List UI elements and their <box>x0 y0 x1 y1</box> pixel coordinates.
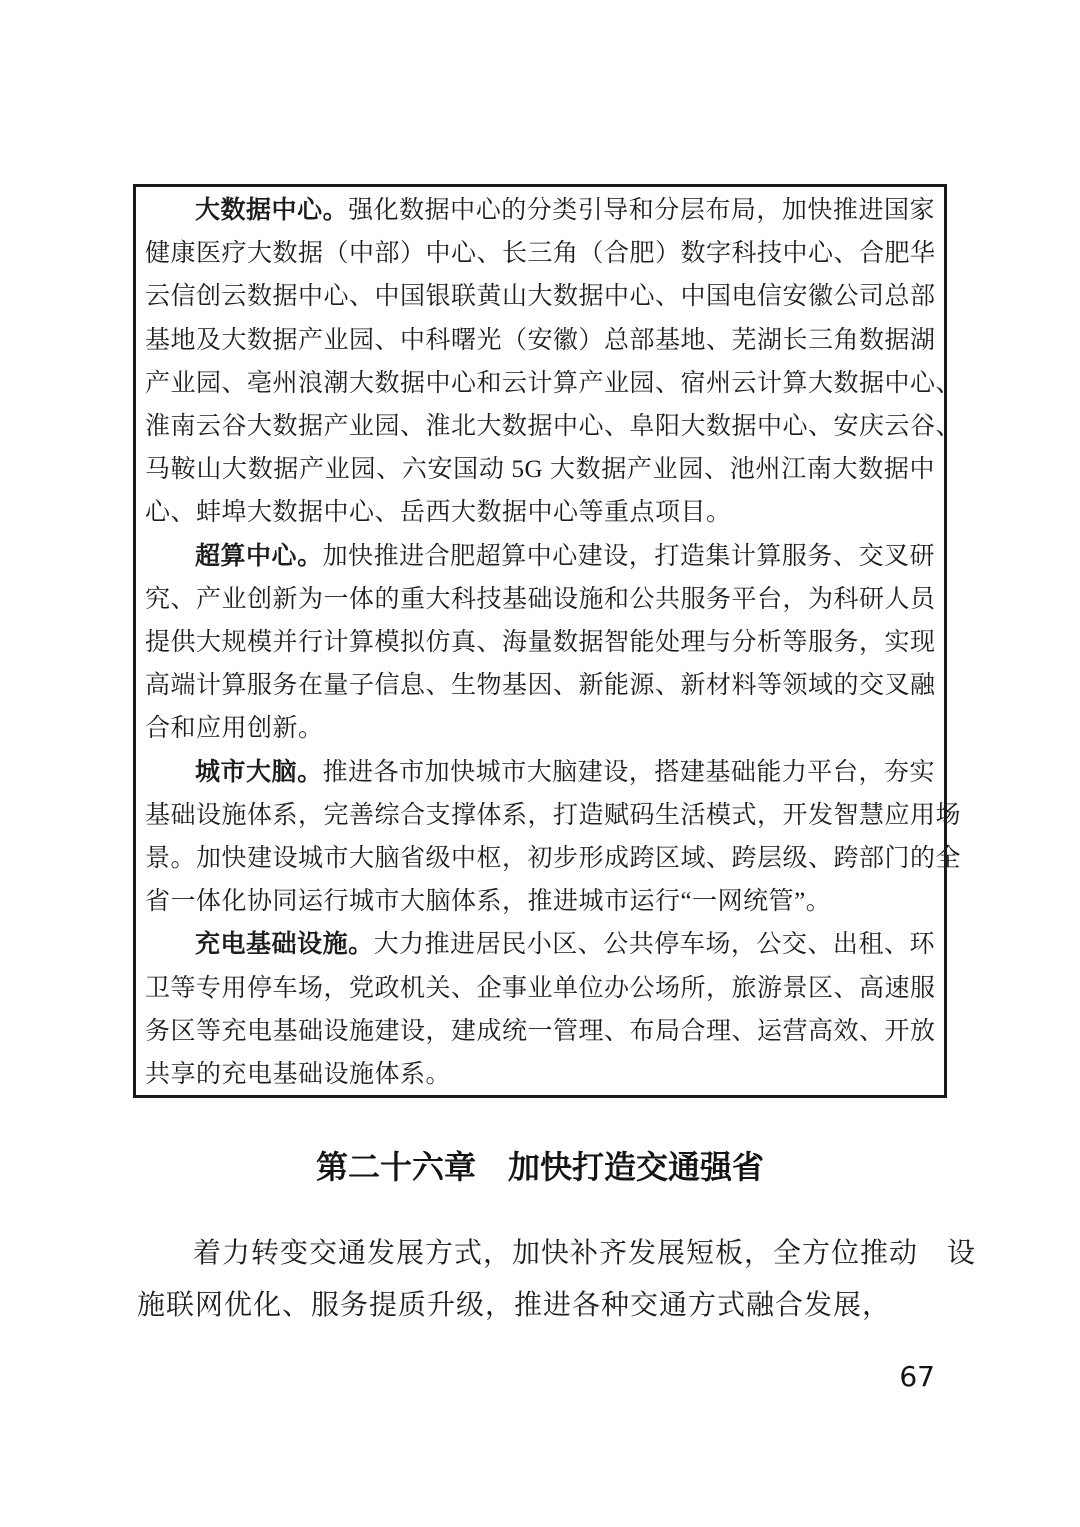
text-line: 马鞍山大数据产业园、六安国动 5G 大数据产业园、池州江南大数据中 <box>145 448 935 491</box>
text-line: 景。加快建设城市大脑省级中枢，初步形成跨区域、跨层级、跨部门的全 <box>145 837 935 880</box>
body-paragraph: 着力转变交通发展方式，加快补齐发展短板，全方位推动 设施联网优化、服务提质升级，… <box>137 1228 943 1332</box>
text-line: 基地及大数据产业园、中科曙光（安徽）总部基地、芜湖长三角数据湖 <box>145 319 935 362</box>
line-text: 淮南云谷大数据产业园、淮北大数据中心、阜阳大数据中心、安庆云谷、 <box>145 413 961 440</box>
page-number: 67 <box>899 1360 935 1393</box>
text-line: 省一体化协同运行城市大脑体系，推进城市运行“一网统管”。 <box>145 880 935 923</box>
text-line: 高端计算服务在量子信息、生物基因、新能源、新材料等领域的交叉融 <box>145 664 935 707</box>
text-line: 云信创云数据中心、中国银联黄山大数据中心、中国电信安徽公司总部 <box>145 275 935 318</box>
line-text: 卫等专用停车场，党政机关、企事业单位办公场所，旅游景区、高速服 <box>145 975 936 1002</box>
line-text: 究、产业创新为一体的重大科技基础设施和公共服务平台，为科研人员 <box>145 586 936 613</box>
box-paragraph: 城市大脑。推进各市加快城市大脑建设，搭建基础能力平台，夯实基础设施体系，完善综合… <box>145 751 935 924</box>
line-text: 共享的充电基础设施体系。 <box>145 1061 451 1088</box>
text-line: 合和应用创新。 <box>145 707 935 750</box>
line-text: 省一体化协同运行城市大脑体系，推进城市运行“一网统管”。 <box>145 888 831 915</box>
box-paragraph: 超算中心。加快推进合肥超算中心建设，打造集计算服务、交叉研究、产业创新为一体的重… <box>145 535 935 751</box>
line-text: 云信创云数据中心、中国银联黄山大数据中心、中国电信安徽公司总部 <box>145 283 936 310</box>
key-projects-box: 大数据中心。强化数据中心的分类引导和分层布局，加快推进国家健康医疗大数据（中部）… <box>133 184 947 1098</box>
text-line: 大数据中心。强化数据中心的分类引导和分层布局，加快推进国家 <box>145 189 935 232</box>
text-line: 超算中心。加快推进合肥超算中心建设，打造集计算服务、交叉研 <box>145 535 935 578</box>
line-text: 心、蚌埠大数据中心、岳西大数据中心等重点项目。 <box>145 499 732 526</box>
text-line: 卫等专用停车场，党政机关、企事业单位办公场所，旅游景区、高速服 <box>145 967 935 1010</box>
document-page: 大数据中心。强化数据中心的分类引导和分层布局，加快推进国家健康医疗大数据（中部）… <box>0 0 1080 1527</box>
text-line: 究、产业创新为一体的重大科技基础设施和公共服务平台，为科研人员 <box>145 578 935 621</box>
line-text: 加快推进合肥超算中心建设，打造集计算服务、交叉研 <box>323 543 935 570</box>
line-text: 高端计算服务在量子信息、生物基因、新能源、新材料等领域的交叉融 <box>145 672 936 699</box>
box-paragraph: 大数据中心。强化数据中心的分类引导和分层布局，加快推进国家健康医疗大数据（中部）… <box>145 189 935 535</box>
line-text: 马鞍山大数据产业园、六安国动 5G 大数据产业园、池州江南大数据中 <box>145 456 935 483</box>
line-text: 基础设施体系，完善综合支撑体系，打造赋码生活模式，开发智慧应用场 <box>145 802 961 829</box>
text-line: 共享的充电基础设施体系。 <box>145 1053 935 1096</box>
text-line: 着力转变交通发展方式，加快补齐发展短板，全方位推动 设 <box>137 1228 943 1280</box>
text-line: 基础设施体系，完善综合支撑体系，打造赋码生活模式，开发智慧应用场 <box>145 794 935 837</box>
line-text: 提供大规模并行计算模拟仿真、海量数据智能处理与分析等服务，实现 <box>145 629 936 656</box>
box-paragraph: 充电基础设施。大力推进居民小区、公共停车场，公交、出租、环卫等专用停车场，党政机… <box>145 923 935 1096</box>
line-text: 基地及大数据产业园、中科曙光（安徽）总部基地、芜湖长三角数据湖 <box>145 327 936 354</box>
line-text: 施联网优化、服务提质升级，推进各种交通方式融合发展， <box>137 1290 891 1321</box>
text-line: 城市大脑。推进各市加快城市大脑建设，搭建基础能力平台，夯实 <box>145 751 935 794</box>
line-text: 着力转变交通发展方式，加快补齐发展短板，全方位推动 设 <box>193 1238 976 1269</box>
line-text: 健康医疗大数据（中部）中心、长三角（合肥）数字科技中心、合肥华 <box>145 240 936 267</box>
line-text: 务区等充电基础设施建设，建成统一管理、布局合理、运营高效、开放 <box>145 1018 936 1045</box>
paragraph-lead: 城市大脑。 <box>195 758 323 786</box>
paragraph-lead: 超算中心。 <box>195 542 323 570</box>
line-text: 大力推进居民小区、公共停车场，公交、出租、环 <box>374 931 935 958</box>
line-text: 强化数据中心的分类引导和分层布局，加快推进国家 <box>348 197 935 224</box>
paragraph-lead: 大数据中心。 <box>195 196 348 224</box>
paragraph-lead: 充电基础设施。 <box>195 930 374 958</box>
line-text: 产业园、亳州浪潮大数据中心和云计算产业园、宿州云计算大数据中心、 <box>145 370 961 397</box>
line-text: 合和应用创新。 <box>145 715 324 742</box>
chapter-heading: 第二十六章 加快打造交通强省 <box>0 1149 1080 1186</box>
text-line: 心、蚌埠大数据中心、岳西大数据中心等重点项目。 <box>145 491 935 534</box>
text-line: 淮南云谷大数据产业园、淮北大数据中心、阜阳大数据中心、安庆云谷、 <box>145 405 935 448</box>
text-line: 提供大规模并行计算模拟仿真、海量数据智能处理与分析等服务，实现 <box>145 621 935 664</box>
text-line: 施联网优化、服务提质升级，推进各种交通方式融合发展， <box>137 1280 943 1332</box>
line-text: 景。加快建设城市大脑省级中枢，初步形成跨区域、跨层级、跨部门的全 <box>145 845 961 872</box>
line-text: 推进各市加快城市大脑建设，搭建基础能力平台，夯实 <box>323 759 935 786</box>
text-line: 务区等充电基础设施建设，建成统一管理、布局合理、运营高效、开放 <box>145 1010 935 1053</box>
text-line: 健康医疗大数据（中部）中心、长三角（合肥）数字科技中心、合肥华 <box>145 232 935 275</box>
text-line: 充电基础设施。大力推进居民小区、公共停车场，公交、出租、环 <box>145 923 935 966</box>
text-line: 产业园、亳州浪潮大数据中心和云计算产业园、宿州云计算大数据中心、 <box>145 362 935 405</box>
